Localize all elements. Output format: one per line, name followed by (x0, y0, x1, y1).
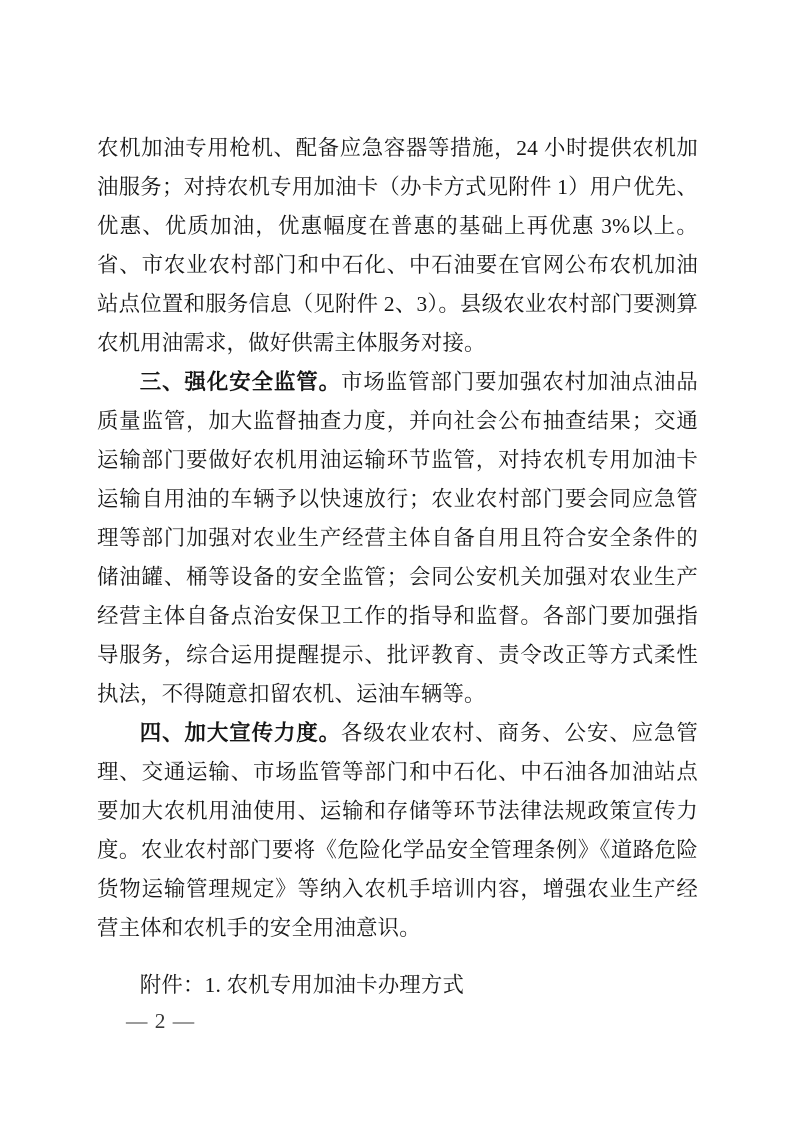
section-3-body: 市场监管部门要加强农村加油点油品质量监管，加大监督抽查力度，并向社会公布抽查结果… (97, 370, 698, 706)
section-3-paragraph: 三、强化安全监管。市场监管部门要加强农村加油点油品质量监管，加大监督抽查力度，并… (97, 363, 698, 714)
section-3-heading: 三、强化安全监管。 (140, 370, 341, 394)
attachment-line: 附件：1. 农机专用加油卡办理方式 (97, 966, 698, 1005)
attachment-item-1: 1. 农机专用加油卡办理方式 (205, 973, 465, 997)
paragraph-continuation: 农机加油专用枪机、配备应急容器等措施，24 小时提供农机加油服务；对持农机专用加… (97, 129, 698, 363)
section-4-body: 各级农业农村、商务、公安、应急管理、交通运输、市场监管等部门和中石化、中石油各加… (97, 721, 698, 940)
attachment-label: 附件： (140, 973, 205, 997)
section-4-heading: 四、加大宣传力度。 (140, 721, 341, 745)
page-number: — 2 — (126, 1008, 195, 1034)
section-4-paragraph: 四、加大宣传力度。各级农业农村、商务、公安、应急管理、交通运输、市场监管等部门和… (97, 714, 698, 948)
document-page: 农机加油专用枪机、配备应急容器等措施，24 小时提供农机加油服务；对持农机专用加… (0, 0, 793, 1122)
document-body: 农机加油专用枪机、配备应急容器等措施，24 小时提供农机加油服务；对持农机专用加… (97, 129, 698, 1005)
